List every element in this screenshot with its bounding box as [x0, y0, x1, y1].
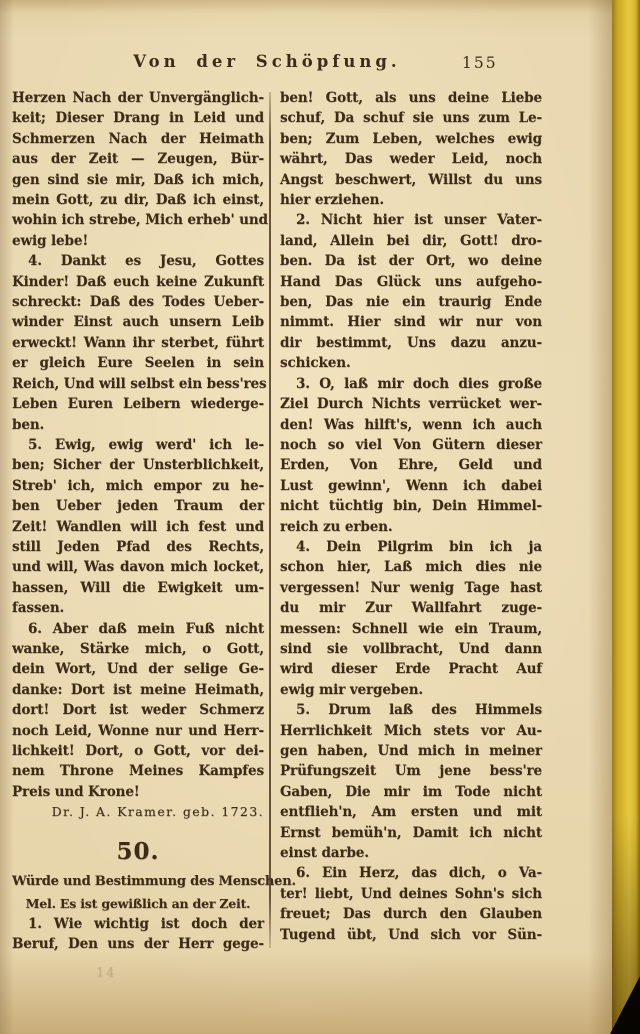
text-line: Zeit! Wandlen will ich fest und [12, 517, 264, 537]
text-line: Beruf, Den uns der Herr gege- [12, 934, 264, 954]
text-line: 3. O, laß mir doch dies große [280, 374, 542, 394]
text-line: er gleich Eure Seelen in sein [12, 353, 264, 373]
text-line: schon hier, Laß mich dies nie [280, 557, 542, 577]
text-line: dir bestimmt, Uns dazu anzu- [280, 333, 542, 353]
text-line: fassen. [12, 598, 264, 618]
text-line: ewig lebe! [12, 231, 264, 251]
text-line: Lust gewinn', Wenn ich dabei [280, 476, 542, 496]
text-line: wird dieser Erde Pracht Auf [280, 659, 542, 679]
text-line: Dr. J. A. Kramer. geb. 1723. [12, 802, 264, 822]
show-through-mark: 14 [96, 966, 117, 981]
text-line: mein Gott, zu dir, Daß ich einst, [12, 190, 264, 210]
text-line: messen: Schnell wie ein Traum, [280, 619, 542, 639]
column-divider-rule [269, 92, 271, 948]
text-line: ben. [12, 415, 264, 435]
text-line: 5. Ewig, ewig werd' ich le- [12, 435, 264, 455]
text-line: ben, Das nie ein traurig Ende [280, 292, 542, 312]
text-line: reich zu erben. [280, 517, 542, 537]
text-line: hassen, Will die Ewigkeit um- [12, 578, 264, 598]
text-line: Erden, Von Ehre, Geld und [280, 455, 542, 475]
text-line: 1. Wie wichtig ist doch der [12, 914, 264, 934]
text-line: sind sie vollbracht, Und dann [280, 639, 542, 659]
text-line: noch Leid, Wonne nur und Herr- [12, 721, 264, 741]
text-line: Streb' ich, mich empor zu he- [12, 476, 264, 496]
text-line: ben; Sicher der Unsterblichkeit, [12, 455, 264, 475]
text-line: und will, Was davon mich locket, [12, 557, 264, 577]
text-line: Schmerzen Nach der Heimath [12, 129, 264, 149]
text-line: nicht tüchtig bin, Dein Himmel- [280, 496, 542, 516]
text-line: Würde und Bestimmung des Menschen. [12, 871, 264, 893]
text-line: still Jeden Pfad des Rechts, [12, 537, 264, 557]
text-line: ter! liebt, Und deines Sohn's sich [280, 884, 542, 904]
text-line: hier erziehen. [280, 190, 542, 210]
text-line: Mel. Es ist gewißlich an der Zeit. [12, 893, 264, 914]
text-line: ben; Zum Leben, welches ewig [280, 129, 542, 149]
text-line: aus der Zeit — Zeugen, Bür- [12, 149, 264, 169]
text-line: freuet; Das durch den Glauben [280, 904, 542, 924]
text-line: dein Wort, Und der selige Ge- [12, 659, 264, 679]
book-page-scan: Von der Schöpfung. 155 Herzen Nach der U… [0, 0, 640, 1034]
text-line: 6. Ein Herz, das dich, o Va- [280, 863, 542, 883]
text-line: einst darbe. [280, 843, 542, 863]
page-number: 155 [462, 54, 498, 72]
text-line: schicken. [280, 353, 542, 373]
text-line: 4. Dein Pilgrim bin ich ja [280, 537, 542, 557]
text-line: erweckt! Wann ihr sterbet, führt [12, 333, 264, 353]
text-line: danke: Dort ist meine Heimath, [12, 680, 264, 700]
right-text-column: ben! Gott, als uns deine Liebeschuf, Da … [280, 88, 542, 945]
text-line: Herrlichkeit Mich stets vor Au- [280, 721, 542, 741]
text-line: 6. Aber daß mein Fuß nicht [12, 619, 264, 639]
text-line: 5. Drum laß des Himmels [280, 700, 542, 720]
text-line: Leben Euren Leibern wiederge- [12, 394, 264, 414]
text-line: dort! Dort ist weder Schmerz [12, 700, 264, 720]
text-line: Prüfungszeit Um jene bess're [280, 761, 542, 781]
left-text-column: Herzen Nach der Unvergänglich-keit; Dies… [12, 88, 264, 954]
text-line: Ernst bemüh'n, Damit ich nicht [280, 823, 542, 843]
text-line: nimmt. Hier sind wir nur von [280, 312, 542, 332]
text-line: 4. Dankt es Jesu, Gottes [12, 251, 264, 271]
text-line: 50. [12, 837, 264, 867]
text-line: land, Allein bei dir, Gott! dro- [280, 231, 542, 251]
text-line: keit; Dieser Drang in Leid und [12, 108, 264, 128]
text-line: den! Was hilft's, wenn ich auch [280, 415, 542, 435]
text-line: wohin ich strebe, Mich erheb' und [12, 210, 264, 230]
text-line: du mir Zur Wallfahrt zuge- [280, 598, 542, 618]
running-header: Von der Schöpfung. [12, 52, 522, 71]
text-line: lichkeit! Dort, o Gott, vor dei- [12, 741, 264, 761]
text-line: Hand Das Glück uns aufgeho- [280, 272, 542, 292]
text-line: ben! Gott, als uns deine Liebe [280, 88, 542, 108]
text-line: gen sind sie mir, Daß ich mich, [12, 170, 264, 190]
text-line: vergessen! Nur wenig Tage hast [280, 578, 542, 598]
text-line: Reich, Und will selbst ein bess'res [12, 374, 264, 394]
text-line: Preis und Krone! [12, 782, 264, 802]
text-line: gen haben, Und mich in meiner [280, 741, 542, 761]
section-title: Von der Schöpfung. [133, 52, 400, 71]
text-line: währt, Das weder Leid, noch [280, 149, 542, 169]
text-line: Tugend übt, Und sich vor Sün- [280, 925, 542, 945]
text-line: 2. Nicht hier ist unser Vater- [280, 210, 542, 230]
text-line: entflieh'n, Am ersten und mit [280, 802, 542, 822]
text-line: wanke, Stärke mich, o Gott, [12, 639, 264, 659]
text-line: schuf, Da schuf sie uns zum Le- [280, 108, 542, 128]
text-line: ben. Da ist der Ort, wo deine [280, 251, 542, 271]
text-line: Ziel Durch Nichts verrücket wer- [280, 394, 542, 414]
text-line: nem Throne Meines Kampfes [12, 761, 264, 781]
text-line: Herzen Nach der Unvergänglich- [12, 88, 264, 108]
text-line: Kinder! Daß euch keine Zukunft [12, 272, 264, 292]
text-line: schreckt: Daß des Todes Ueber- [12, 292, 264, 312]
text-line: winder Einst auch unsern Leib [12, 312, 264, 332]
text-line: Angst beschwert, Willst du uns [280, 170, 542, 190]
text-line: ewig mir vergeben. [280, 680, 542, 700]
text-line: noch so viel Von Gütern dieser [280, 435, 542, 455]
text-line: Gaben, Die mir im Tode nicht [280, 782, 542, 802]
text-line: ben Ueber jeden Traum der [12, 496, 264, 516]
